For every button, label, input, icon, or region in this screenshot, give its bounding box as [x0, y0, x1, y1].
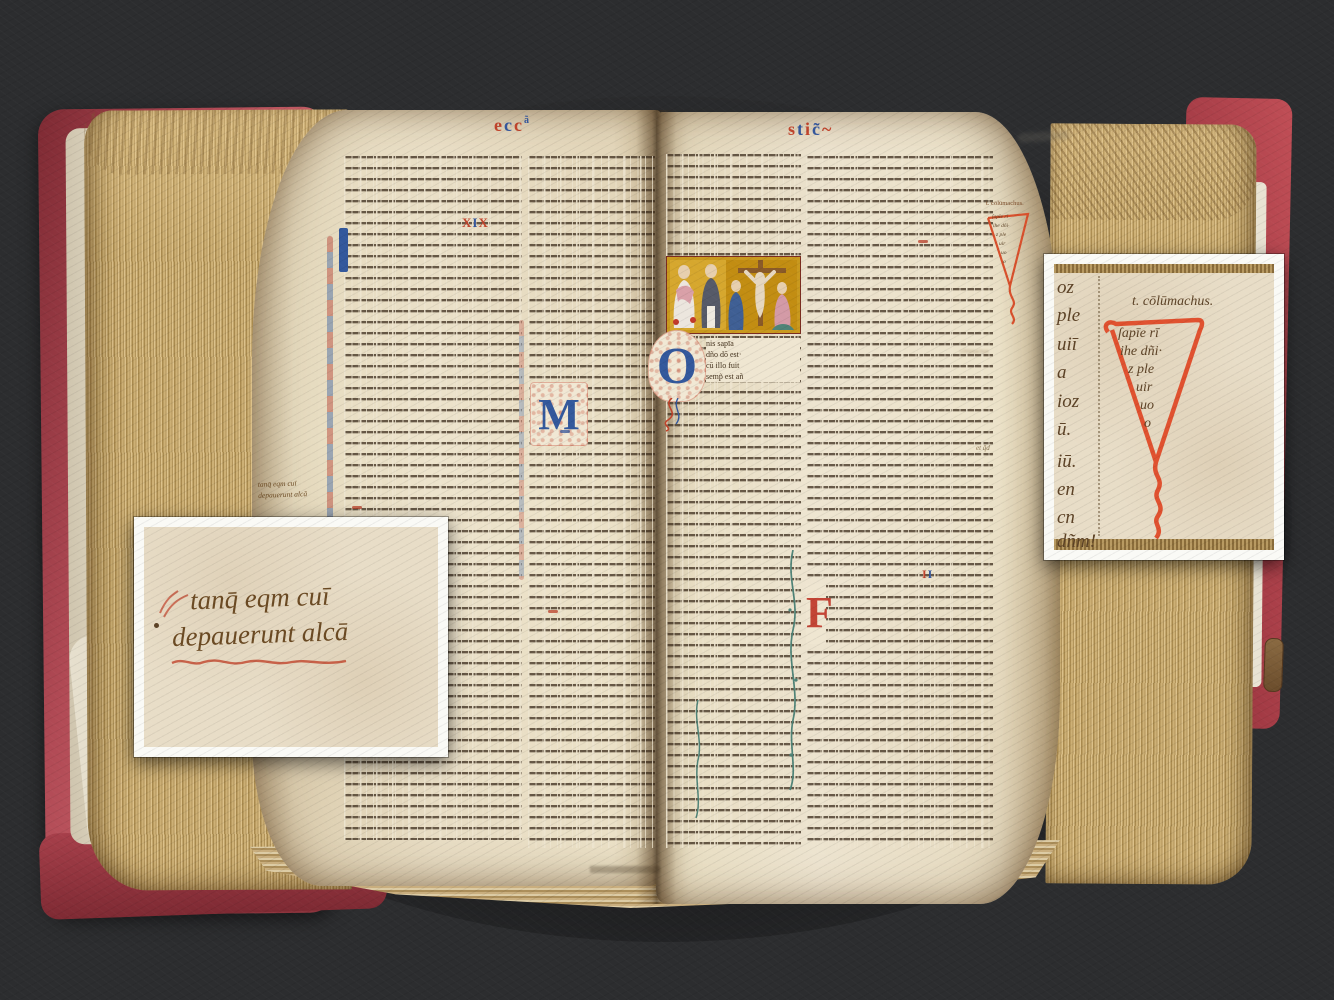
triangle-text-line: o	[1003, 259, 1006, 265]
inset-triangle-line: uir	[1136, 380, 1152, 396]
rubric-mark	[548, 610, 558, 613]
inset-detail-triangle-note: oz ple uiī a ioz ū. iū. en cn dñm! t. cō…	[1044, 254, 1284, 560]
numeral-letter: X	[462, 215, 472, 230]
gutter-smudge	[590, 866, 660, 873]
ink-dot	[154, 623, 159, 628]
initial-letter: M	[538, 389, 580, 440]
inset-margin-label: t. cōlūmachus.	[1132, 294, 1213, 310]
red-wavy-underline	[170, 655, 350, 669]
inset-cut-text: ple	[1057, 306, 1080, 325]
incipit-line: nis sapīa	[706, 338, 800, 349]
right-page-column-2-text	[806, 156, 993, 848]
left-page-column-2-text	[528, 156, 655, 848]
inset-note-line2: depauerunt alcā	[172, 616, 349, 653]
inset-triangle-line: ſapīe rī	[1118, 326, 1159, 342]
inset-detail-margin-note-photo: tanq̄ eqm cuī depauerunt alcā	[144, 527, 438, 747]
manuscript-photo: eccã stic̃~ XIX tanq̄ eqm cuī depauerunt…	[0, 0, 1334, 1000]
inset-detail-margin-note: tanq̄ eqm cuī depauerunt alcā	[134, 517, 448, 757]
title-letter: c	[514, 115, 524, 135]
title-flourish: ~	[822, 119, 833, 139]
inset-cut-text: uiī	[1057, 335, 1077, 354]
red-triangle-note-text: ſapīe rī ihe dñi· z ple uir uo o	[984, 212, 1032, 282]
decorated-initial-m: M	[530, 382, 588, 446]
inset-cut-text: a	[1057, 363, 1067, 382]
inset-cut-text: cn	[1057, 508, 1075, 527]
triangle-text-line: uir	[999, 241, 1005, 247]
rubric-mark	[352, 506, 362, 509]
inset-triangle-line: uo	[1140, 398, 1154, 414]
running-title-right: stic̃~	[788, 120, 833, 138]
incipit-line: cū illo fuit	[706, 360, 800, 371]
rubric-mark	[918, 240, 928, 243]
inset-triangle-line: z ple	[1128, 362, 1154, 378]
title-letter: e	[494, 115, 504, 135]
margin-annotation: tanq̄ eqm cuī depauerunt alcā	[258, 477, 308, 501]
running-title-left: eccã	[494, 116, 531, 134]
inset-page-edge-top	[1054, 264, 1274, 273]
leather-clasp-tab	[1263, 638, 1284, 693]
inset-detail-triangle-note-photo: oz ple uiī a ioz ū. iū. en cn dñm! t. cō…	[1054, 264, 1274, 550]
margin-label-columachus: t. cōlūmachus.	[986, 200, 1024, 207]
margin-annotation-line2: depauerunt alcā	[258, 488, 307, 501]
title-letter: c̃	[812, 119, 822, 139]
triangle-text-line: ihe dñi·	[993, 223, 1010, 229]
penwork-flourish-intercolumn	[519, 320, 524, 580]
triangle-text-line: uo	[1001, 250, 1007, 256]
incipit-text: nis sapīa dño dō est· cū illo fuit semp̃…	[706, 338, 800, 382]
inset-cut-text: en	[1057, 480, 1075, 499]
teal-vine-flourish-small	[692, 700, 704, 820]
numeral-letter: X	[478, 215, 488, 230]
initial-letter: F	[806, 588, 833, 637]
title-letter: ã	[524, 115, 531, 126]
red-penwork-mark	[158, 589, 192, 619]
blue-initial-bar	[339, 228, 348, 272]
inset-note-line1: tanq̄ eqm cuī	[190, 581, 330, 617]
decorated-initial-o: O	[648, 330, 706, 402]
margin-note-smudge: cōlūmachus	[960, 349, 989, 355]
page-edge-fan-right	[1050, 123, 1257, 220]
triangle-text-line: z ple	[996, 232, 1006, 238]
title-letter: t	[797, 119, 805, 139]
title-letter: i	[805, 119, 812, 139]
inset-cut-text: iū.	[1057, 452, 1077, 471]
triangle-text-line: ſapīe rī	[992, 214, 1008, 220]
right-page-column-1-text-top	[666, 154, 801, 256]
inset-triangle-line: ihe dñi·	[1120, 344, 1162, 360]
crucifixion-miniature	[666, 256, 801, 334]
rubric-mark	[560, 430, 570, 433]
title-letter: s	[788, 119, 797, 139]
incipit-line: dño dō est·	[706, 349, 800, 360]
chapter-numeral-xix: XIX	[462, 216, 489, 229]
margin-note-faint: et q̃d	[976, 444, 990, 452]
inset-cut-text: oz	[1057, 278, 1074, 297]
teal-vine-flourish	[786, 550, 800, 792]
red-initial-f: F	[806, 584, 826, 644]
inset-cut-text: ū.	[1057, 420, 1071, 439]
inset-cut-text: ioz	[1057, 392, 1079, 411]
numeral-letter: I	[928, 567, 934, 581]
chapter-numeral-ii: II	[922, 568, 933, 580]
initial-o-tail-flourish	[652, 398, 692, 432]
inset-triangle-line: o	[1144, 416, 1151, 432]
incipit-line: semp̃ est añ	[706, 371, 800, 382]
inset-cut-text: dñm!	[1057, 532, 1096, 550]
title-letter: c	[504, 115, 514, 135]
initial-letter: O	[657, 337, 697, 396]
